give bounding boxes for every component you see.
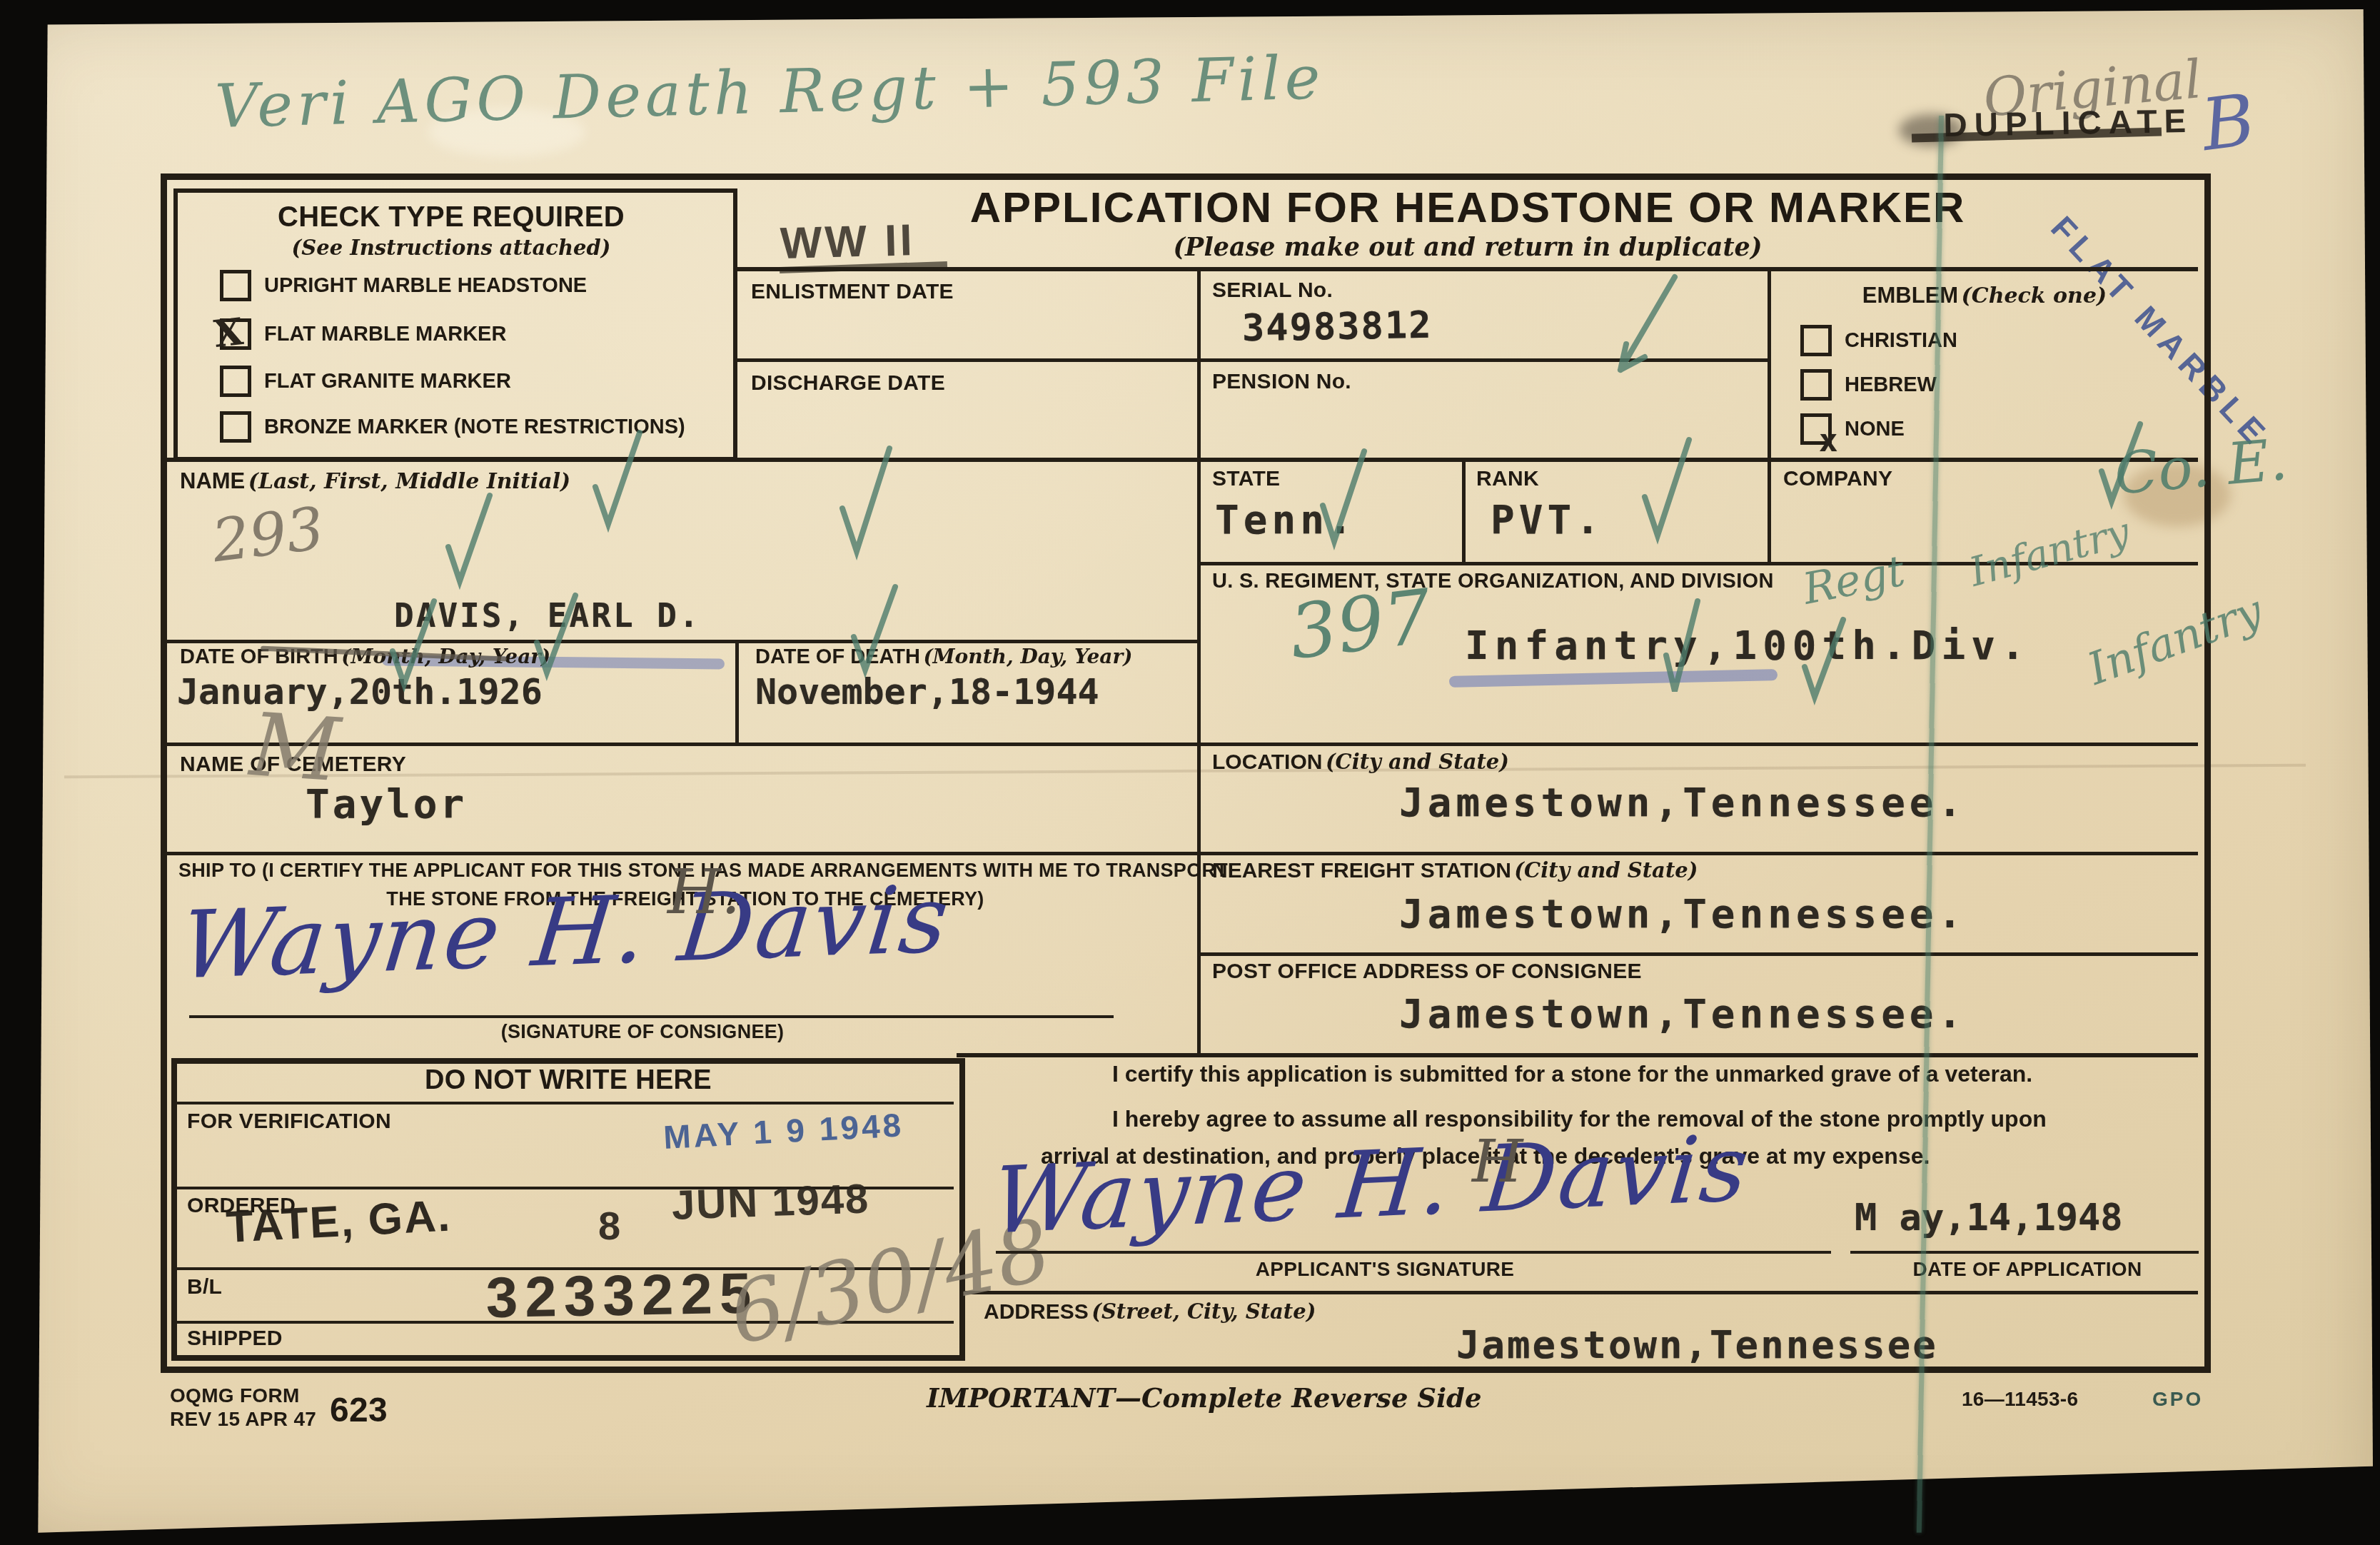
handwritten-h-consignee: H. xyxy=(667,857,740,928)
grid-line xyxy=(1197,952,2198,956)
form-id-line1: OQMG FORM xyxy=(170,1385,300,1406)
company-label: COMPANY xyxy=(1783,467,1892,491)
emblem-row-hebrew: HEBREW xyxy=(1800,369,1937,401)
serial-no-label: SERIAL No. xyxy=(1212,278,1333,303)
check-type-row-upright: UPRIGHT MARBLE HEADSTONE xyxy=(220,270,587,301)
checkbox-label: UPRIGHT MARBLE HEADSTONE xyxy=(264,274,587,298)
grid-line xyxy=(1197,267,1201,461)
emblem-heading-bold: EMBLEM xyxy=(1862,283,1958,308)
green-checkmark xyxy=(530,587,583,680)
ordered-number-stamp: 8 xyxy=(598,1202,620,1249)
application-date-line xyxy=(1850,1251,2199,1254)
dnw-divider xyxy=(177,1102,954,1104)
check-type-subheading: (See Instructions attached) xyxy=(178,236,724,260)
green-checkmark xyxy=(587,423,648,530)
consignee-signature-label: (SIGNATURE OF CONSIGNEE) xyxy=(343,1021,942,1043)
shipped-label: SHIPPED xyxy=(187,1327,283,1351)
checkbox-flat-granite-marker[interactable] xyxy=(220,366,251,397)
pension-no-label: PENSION No. xyxy=(1212,370,1351,394)
application-date-label: DATE OF APPLICATION xyxy=(1856,1258,2199,1281)
green-checkmark xyxy=(385,591,443,691)
handwritten-b-mark: B xyxy=(2197,78,2259,167)
location-label: LOCATION (City and State) xyxy=(1212,750,1509,775)
green-checkmark xyxy=(1316,441,1373,548)
enlistment-date-label: ENLISTMENT DATE xyxy=(751,280,954,304)
emblem-row-none: NONE xyxy=(1800,413,1905,445)
date-of-death-value[interactable]: November,18-1944 xyxy=(755,671,1099,713)
address-label-paren: (Street, City, State) xyxy=(1091,1299,1316,1324)
print-code: 16—11453-6 xyxy=(1962,1388,2078,1411)
name-label-paren: (Last, First, Middle Initial) xyxy=(248,469,571,494)
applicant-signature-line xyxy=(996,1251,1831,1254)
address-value[interactable]: Jamestown,Tennessee xyxy=(1456,1322,1938,1367)
grid-line xyxy=(167,743,2198,746)
green-arrow-mark xyxy=(1600,271,1686,378)
emblem-heading: EMBLEM (Check one) xyxy=(1785,283,2184,308)
grid-line xyxy=(1462,461,1466,565)
freight-label-bold: NEAREST FREIGHT STATION xyxy=(1212,859,1511,882)
handwritten-293: 293 xyxy=(208,495,328,575)
checkbox-bronze-marker[interactable] xyxy=(220,411,251,443)
grid-line xyxy=(167,458,2198,462)
location-label-paren: (City and State) xyxy=(1326,750,1509,774)
handwritten-h-applicant: H xyxy=(1472,1128,1523,1196)
grid-line xyxy=(1768,461,1771,565)
location-value[interactable]: Jamestown,Tennessee. xyxy=(1399,780,1966,826)
freight-station-label: NEAREST FREIGHT STATION (City and State) xyxy=(1212,858,1698,883)
green-checkmark xyxy=(2094,416,2147,508)
freight-station-value[interactable]: Jamestown,Tennessee. xyxy=(1399,891,1966,937)
certification-para1: I certify this application is submitted … xyxy=(1112,1061,2032,1087)
gpo-mark: GPO xyxy=(2152,1388,2203,1411)
form-number: 623 xyxy=(330,1391,388,1430)
checkbox-christian[interactable] xyxy=(1800,325,1832,356)
check-type-row-flat-marble: FLAT MARBLE MARKER xyxy=(220,318,506,350)
regiment-value[interactable]: Infantry,100th.Div. xyxy=(1465,623,2031,669)
stamp-smear xyxy=(1899,114,1963,146)
emblem-row-christian: CHRISTIAN xyxy=(1800,325,1957,356)
address-label: ADDRESS (Street, City, State) xyxy=(984,1299,1316,1324)
form-id-line2: REV 15 APR 47 xyxy=(170,1408,316,1431)
grid-line xyxy=(735,640,739,744)
checkbox-x-mark: X xyxy=(212,310,246,356)
po-address-value[interactable]: Jamestown,Tennessee. xyxy=(1399,991,1966,1037)
emblem-x-mark: x xyxy=(1819,423,1838,459)
grid-line xyxy=(1197,461,1201,1053)
freight-label-paren: (City and State) xyxy=(1514,858,1698,882)
bl-label: B/L xyxy=(187,1275,222,1299)
discharge-date-label: DISCHARGE DATE xyxy=(751,371,945,396)
check-type-row-flat-granite: FLAT GRANITE MARKER xyxy=(220,366,511,397)
dod-label-paren: (Month, Day, Year) xyxy=(923,645,1132,668)
for-verification-label: FOR VERIFICATION xyxy=(187,1109,391,1134)
grid-line xyxy=(167,852,2198,855)
emblem-heading-italic: (Check one) xyxy=(1962,283,2107,308)
location-label-bold: LOCATION xyxy=(1212,750,1322,774)
name-label: NAME (Last, First, Middle Initial) xyxy=(180,468,570,494)
date-of-birth-value[interactable]: January,20th.1926 xyxy=(177,671,543,713)
grid-line xyxy=(965,1291,2198,1294)
consignee-signature-line xyxy=(189,1015,1114,1018)
state-label: STATE xyxy=(1212,467,1280,491)
important-note: IMPORTANT—Complete Reverse Side xyxy=(927,1382,1482,1414)
date-of-death-label: DATE OF DEATH (Month, Day, Year) xyxy=(755,645,1132,669)
grid-line xyxy=(737,267,2198,271)
green-checkmark xyxy=(834,437,898,558)
applicant-signature-label: APPLICANT'S SIGNATURE xyxy=(1114,1258,1656,1281)
application-date-value[interactable]: M ay,14,1948 xyxy=(1855,1197,2123,1239)
checkbox-upright-marble-headstone[interactable] xyxy=(220,270,251,301)
serial-no-value[interactable]: 34983812 xyxy=(1241,304,1432,351)
document-photo: Veri AGO Death Regt + 593 File Original … xyxy=(0,0,2380,1545)
ww2-stamp: WW II xyxy=(780,215,916,269)
checkbox-label: FLAT GRANITE MARKER xyxy=(264,370,511,393)
checkbox-label: FLAT MARBLE MARKER xyxy=(264,323,506,346)
green-checkmark xyxy=(1636,428,1698,543)
do-not-write-heading: DO NOT WRITE HERE xyxy=(177,1065,959,1096)
checkbox-label: NONE xyxy=(1845,418,1905,441)
check-type-heading: CHECK TYPE REQUIRED xyxy=(178,201,724,233)
address-label-bold: ADDRESS xyxy=(984,1300,1089,1324)
green-checkmark xyxy=(847,577,904,677)
grid-line xyxy=(957,1053,2198,1057)
form-subtitle: (Please make out and return in duplicate… xyxy=(737,233,2198,262)
green-checkmark xyxy=(441,487,498,587)
grid-line xyxy=(1768,267,1771,461)
grid-line xyxy=(167,640,1201,643)
checkbox-label: HEBREW xyxy=(1845,373,1937,397)
ordered-date-stamp: JUN 1948 xyxy=(671,1174,870,1229)
rank-value[interactable]: PVT. xyxy=(1491,497,1604,543)
po-address-label: POST OFFICE ADDRESS OF CONSIGNEE xyxy=(1212,960,1642,984)
green-checkmark xyxy=(1660,591,1703,698)
cemetery-value[interactable]: Taylor xyxy=(306,781,467,827)
name-label-bold: NAME xyxy=(180,468,245,493)
rank-label: RANK xyxy=(1476,467,1539,491)
form-title: APPLICATION FOR HEADSTONE OR MARKER xyxy=(737,183,2198,232)
checkbox-hebrew[interactable] xyxy=(1800,369,1832,401)
handwritten-397: 397 xyxy=(1285,573,1436,676)
green-checkmark xyxy=(1797,611,1850,704)
